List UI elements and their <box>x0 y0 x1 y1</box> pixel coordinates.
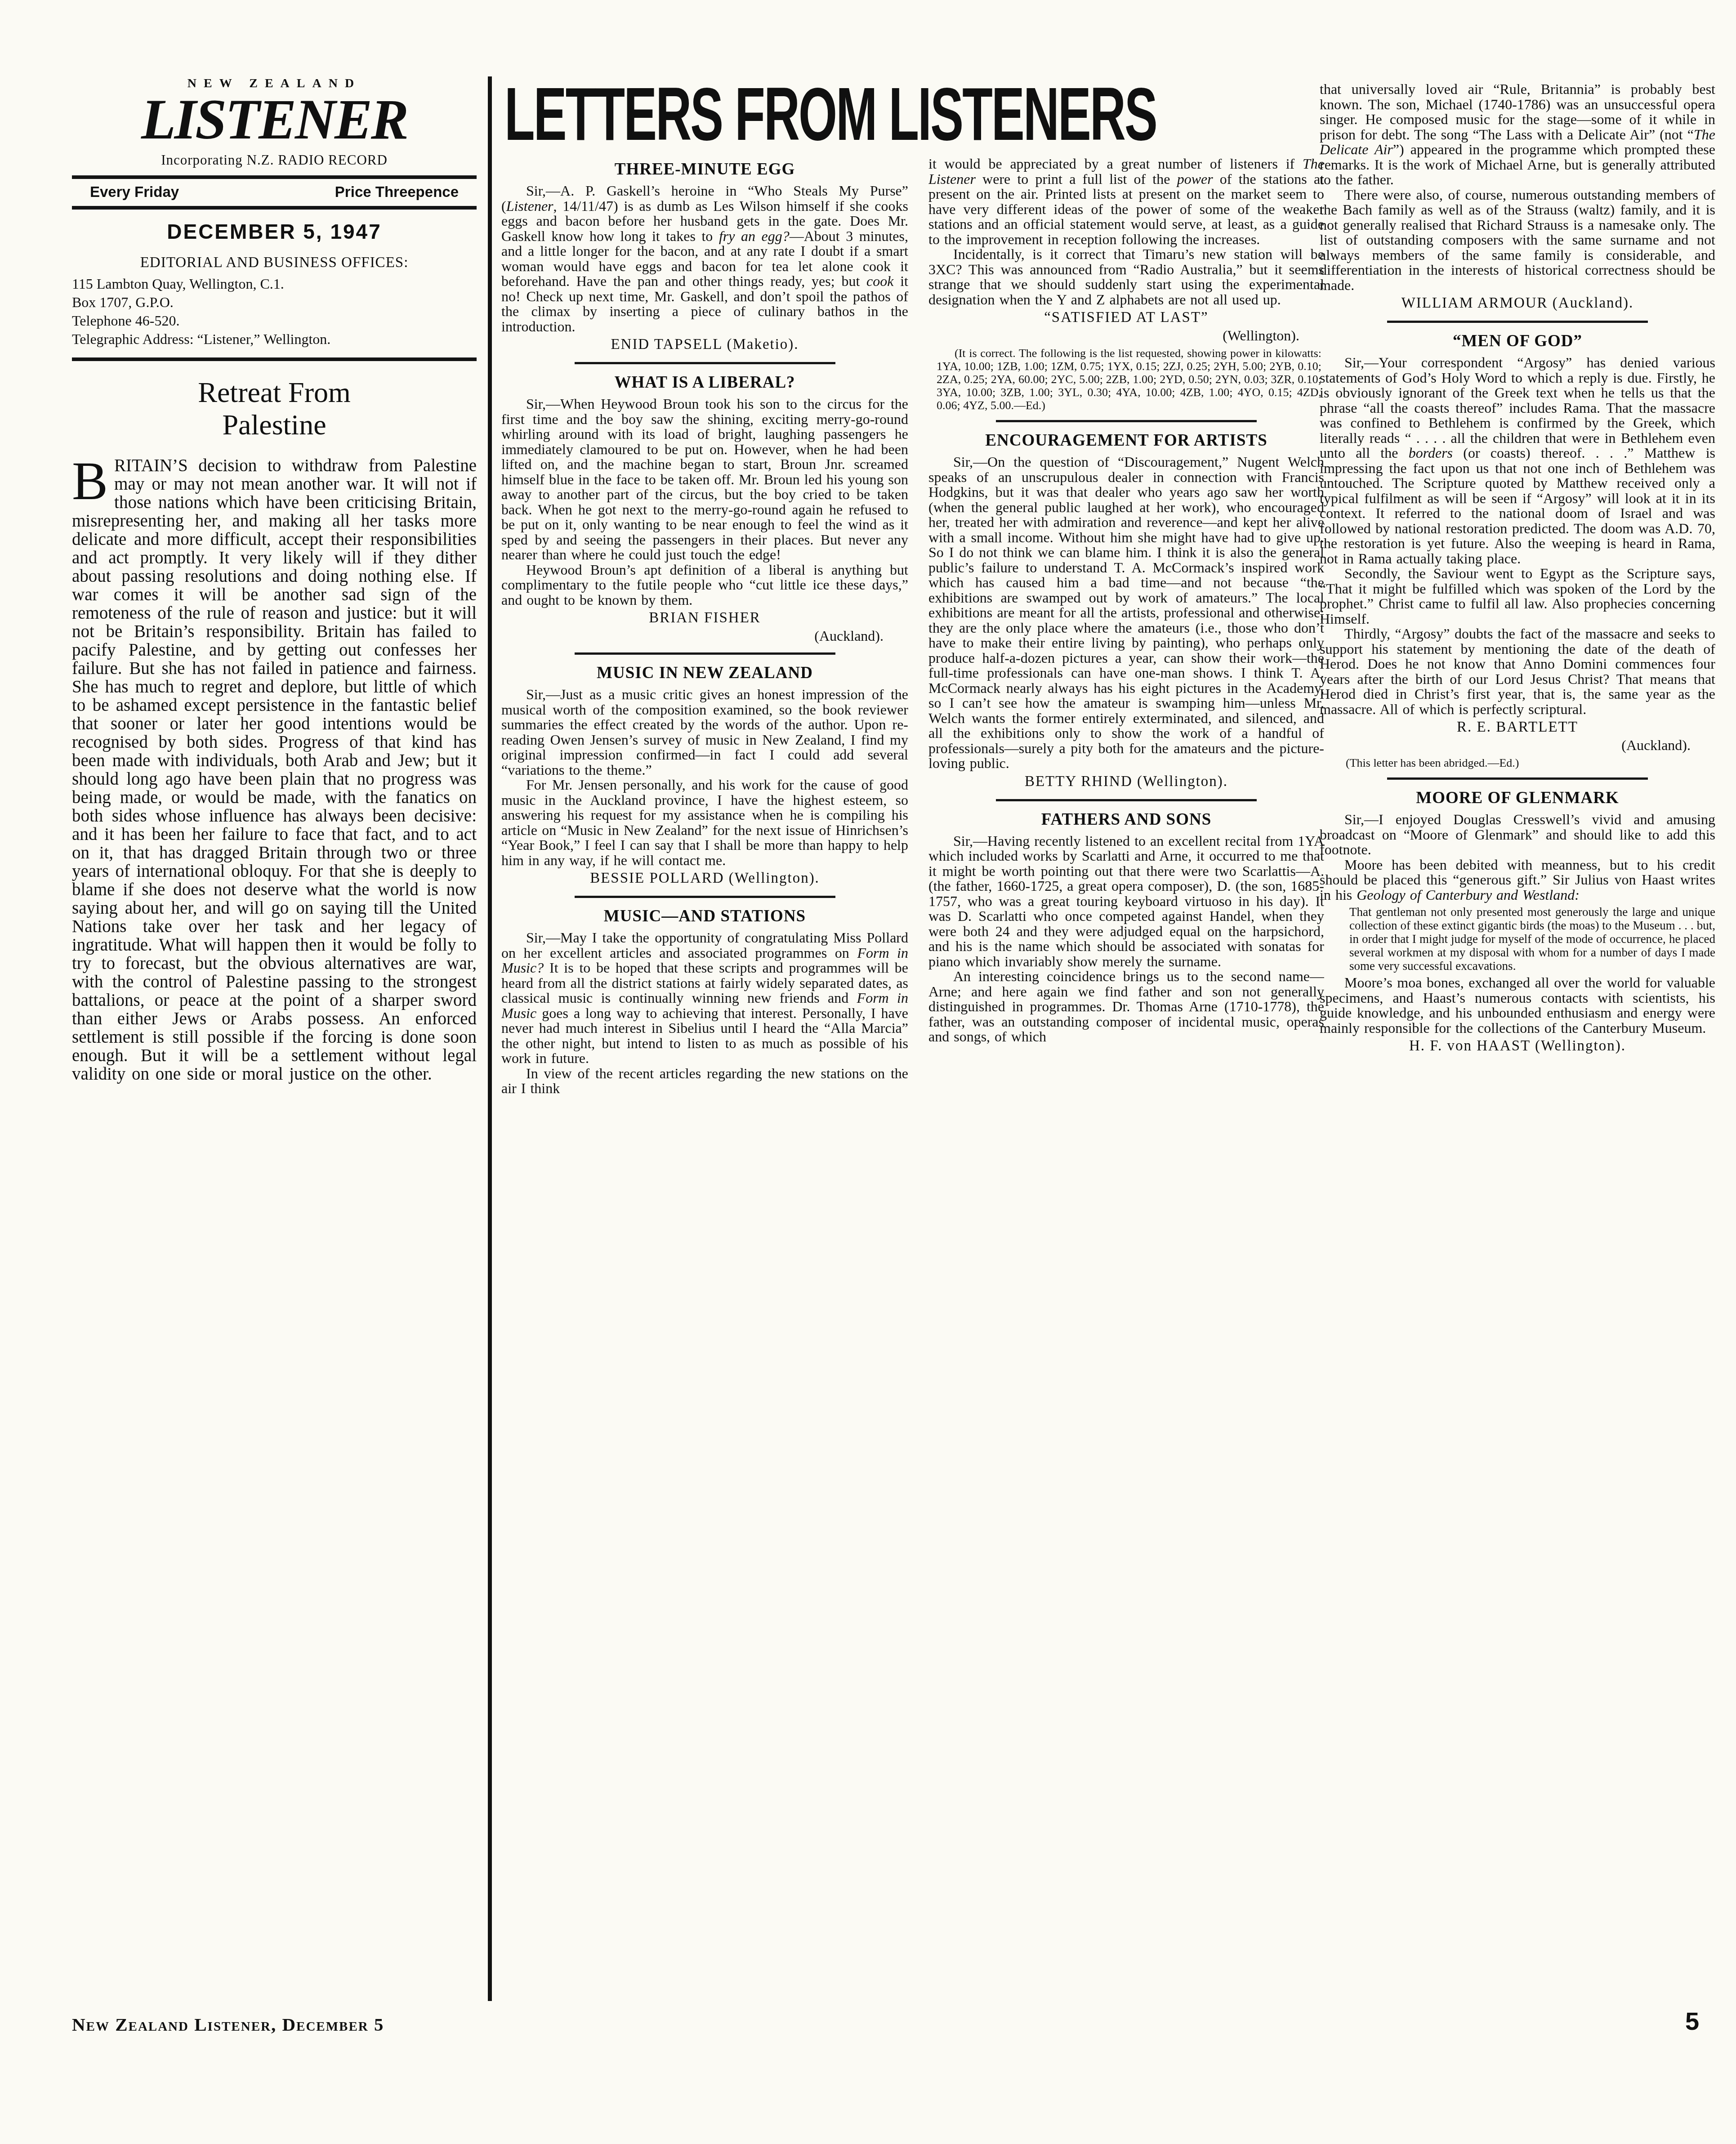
letter-paragraph: An interesting coincidence brings us to … <box>928 969 1324 1045</box>
masthead-subtitle: Incorporating N.Z. RADIO RECORD <box>72 152 477 168</box>
letter-paragraph: Secondly, the Saviour went to Egypt as t… <box>1320 566 1715 626</box>
offices-address-block: 115 Lambton Quay, Wellington, C.1. Box 1… <box>72 275 477 348</box>
editorial-title-line1: Retreat From <box>198 376 350 408</box>
letter-heading: MUSIC—AND STATIONS <box>501 907 908 926</box>
letter-paragraph: it would be appreciated by a great numbe… <box>928 156 1324 247</box>
letter-paragraph: Moore’s moa bones, exchanged all over th… <box>1320 975 1715 1036</box>
letter-paragraph: There were also, of course, numerous out… <box>1320 188 1715 293</box>
section-divider-rule <box>575 652 835 655</box>
letter-paragraph: Heywood Broun’s apt definition of a libe… <box>501 563 908 608</box>
editor-note: (This letter has been abridged.—Ed.) <box>1320 756 1715 769</box>
letter-heading: MUSIC IN NEW ZEALAND <box>501 664 908 683</box>
issue-date: DECEMBER 5, 1947 <box>72 219 477 244</box>
letter-signature: BESSIE POLLARD (Wellington). <box>501 869 908 888</box>
letter-paragraph: Thirdly, “Argosy” doubts the fact of the… <box>1320 626 1715 717</box>
office-line: 115 Lambton Quay, Wellington, C.1. <box>72 275 477 293</box>
editorial-dropcap: B <box>72 456 114 503</box>
section-divider-rule <box>1387 777 1648 780</box>
newspaper-page: { "masthead": { "kicker": "NEW ZEALAND",… <box>0 0 1736 2144</box>
letter-signature-place: (Auckland). <box>1320 737 1715 754</box>
letter-paragraph: Sir,—On the question of “Discouragement,… <box>928 455 1324 771</box>
editor-note: (It is correct. The following is the lis… <box>928 347 1324 412</box>
section-divider-rule <box>996 420 1257 422</box>
letter-signature: R. E. BARTLETT <box>1320 718 1715 737</box>
letter-signature-place: (Auckland). <box>501 627 908 644</box>
letter-paragraph: Incidentally, is it correct that Timaru’… <box>928 247 1324 307</box>
editorial-title: Retreat From Palestine <box>72 376 477 441</box>
section-divider-rule <box>1387 321 1648 323</box>
letter-signature: H. F. von HAAST (Wellington). <box>1320 1036 1715 1055</box>
masthead-title: LISTENER <box>72 92 477 148</box>
letter-heading: FATHERS AND SONS <box>928 810 1324 829</box>
letters-column-3: that universally loved air “Rule, Britan… <box>1320 82 1715 2011</box>
letter-paragraph: Sir,—Having recently listened to an exce… <box>928 834 1324 969</box>
letters-column-2: it would be appreciated by a great numbe… <box>928 156 1324 2005</box>
masthead-issue-row: Every Friday Price Threepence <box>72 179 477 206</box>
section-divider-rule <box>575 362 835 364</box>
letter-signature-place: (Wellington). <box>928 327 1324 344</box>
letter-signature: “SATISFIED AT LAST” <box>928 308 1324 327</box>
letter-heading: “MEN OF GOD” <box>1320 332 1715 351</box>
masthead-end-rule <box>72 357 477 361</box>
letter-paragraph: Sir,—Just as a music critic gives an hon… <box>501 687 908 777</box>
letter-paragraph: Sir,—Your correspondent “Argosy” has den… <box>1320 355 1715 566</box>
left-column: NEW ZEALAND LISTENER Incorporating N.Z. … <box>72 76 477 1083</box>
office-line: Box 1707, G.P.O. <box>72 293 477 312</box>
letters-column-1: THREE-MINUTE EGGSir,—A. P. Gaskell’s her… <box>501 156 908 2005</box>
section-divider-rule <box>575 896 835 898</box>
page-number: 5 <box>1685 2006 1699 2036</box>
section-divider-rule <box>996 799 1257 801</box>
letter-paragraph: that universally loved air “Rule, Britan… <box>1320 82 1715 188</box>
offices-heading: EDITORIAL AND BUSINESS OFFICES: <box>72 255 477 271</box>
issue-frequency: Every Friday <box>90 183 179 201</box>
letter-signature: WILLIAM ARMOUR (Auckland). <box>1320 294 1715 313</box>
letter-paragraph: For Mr. Jensen personally, and his work … <box>501 777 908 868</box>
letters-section-header: LETTERS FROM LISTENERS <box>504 71 1156 157</box>
letter-paragraph: Moore has been debited with meanness, bu… <box>1320 858 1715 903</box>
office-line: Telegraphic Address: “Listener,” Welling… <box>72 330 477 348</box>
letter-paragraph: Sir,—When Heywood Broun took his son to … <box>501 397 908 563</box>
editorial-body: BRITAIN’S decision to withdraw from Pale… <box>72 456 477 1083</box>
letter-heading: ENCOURAGEMENT FOR ARTISTS <box>928 431 1324 450</box>
masthead-rule-top <box>72 175 477 179</box>
letter-paragraph: Sir,—May I take the opportunity of congr… <box>501 930 908 1066</box>
office-line: Telephone 46-520. <box>72 312 477 330</box>
letter-signature: ENID TAPSELL (Maketio). <box>501 335 908 354</box>
footer-publication-line: New Zealand Listener, December 5 <box>72 2014 384 2035</box>
letter-paragraph: Sir,—I enjoyed Douglas Cresswell’s vivid… <box>1320 812 1715 858</box>
letter-paragraph: In view of the recent articles regarding… <box>501 1066 908 1096</box>
quoted-excerpt: That gentleman not only presented most g… <box>1349 905 1715 973</box>
editorial-title-line2: Palestine <box>222 409 326 441</box>
letter-heading: MOORE OF GLENMARK <box>1320 789 1715 808</box>
letter-heading: THREE-MINUTE EGG <box>501 160 908 179</box>
letter-signature: BETTY RHIND (Wellington). <box>928 772 1324 791</box>
issue-price: Price Threepence <box>335 183 459 201</box>
column-divider-rule <box>488 76 492 2001</box>
letter-signature: BRIAN FISHER <box>501 608 908 627</box>
editorial-text: RITAIN’S decision to withdraw from Pales… <box>72 456 477 1084</box>
letter-paragraph: Sir,—A. P. Gaskell’s heroine in “Who Ste… <box>501 183 908 334</box>
masthead-rule-bottom <box>72 206 477 210</box>
letter-heading: WHAT IS A LIBERAL? <box>501 373 908 392</box>
